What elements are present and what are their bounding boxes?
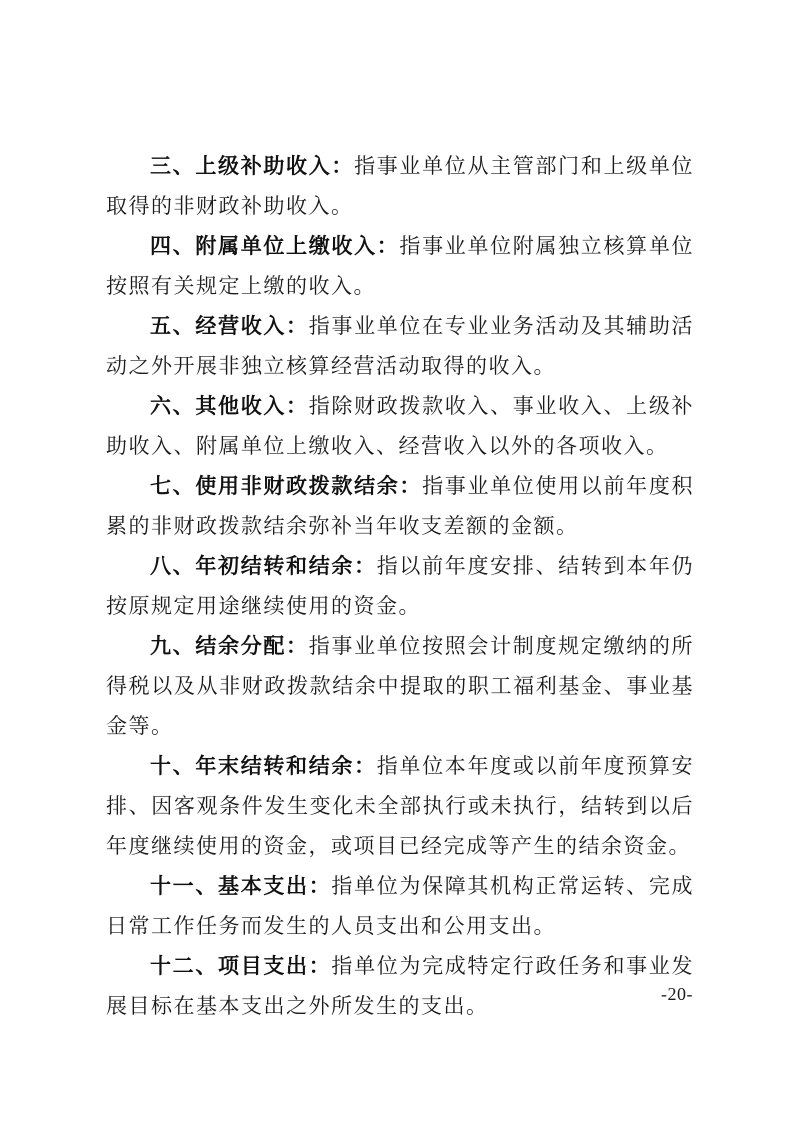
page-number: -20- xyxy=(661,982,693,1006)
definition-paragraph: 五、经营收入：指事业单位在专业业务活动及其辅助活动之外开展非独立核算经营活动取得… xyxy=(106,306,694,386)
definition-paragraph: 八、年初结转和结余：指以前年度安排、结转到本年仍按原规定用途继续使用的资金。 xyxy=(106,546,694,626)
document-body: 三、上级补助收入：指事业单位从主管部门和上级单位取得的非财政补助收入。 四、附属… xyxy=(106,146,694,1026)
definition-paragraph: 三、上级补助收入：指事业单位从主管部门和上级单位取得的非财政补助收入。 xyxy=(106,146,694,226)
term-label: 六、其他收入： xyxy=(150,394,309,418)
term-label: 四、附属单位上缴收入： xyxy=(150,234,399,258)
definition-paragraph: 十二、项目支出：指单位为完成特定行政任务和事业发展目标在基本支出之外所发生的支出… xyxy=(106,946,694,1026)
term-label: 八、年初结转和结余： xyxy=(150,554,377,578)
document-page: 三、上级补助收入：指事业单位从主管部门和上级单位取得的非财政补助收入。 四、附属… xyxy=(0,0,793,1122)
term-label: 十一、基本支出： xyxy=(150,874,331,898)
definition-paragraph: 九、结余分配：指事业单位按照会计制度规定缴纳的所得税以及从非财政拨款结余中提取的… xyxy=(106,626,694,746)
term-label: 五、经营收入： xyxy=(150,314,309,338)
term-label: 七、使用非财政拨款结余： xyxy=(150,474,422,498)
term-label: 十、年末结转和结余： xyxy=(150,754,377,778)
term-label: 三、上级补助收入： xyxy=(150,154,354,178)
term-label: 九、结余分配： xyxy=(150,634,309,658)
definition-paragraph: 十、年末结转和结余：指单位本年度或以前年度预算安排、因客观条件发生变化未全部执行… xyxy=(106,746,694,866)
term-label: 十二、项目支出： xyxy=(150,954,331,978)
definition-paragraph: 七、使用非财政拨款结余：指事业单位使用以前年度积累的非财政拨款结余弥补当年收支差… xyxy=(106,466,694,546)
definition-paragraph: 十一、基本支出：指单位为保障其机构正常运转、完成日常工作任务而发生的人员支出和公… xyxy=(106,866,694,946)
definition-paragraph: 四、附属单位上缴收入：指事业单位附属独立核算单位按照有关规定上缴的收入。 xyxy=(106,226,694,306)
definition-paragraph: 六、其他收入：指除财政拨款收入、事业收入、上级补助收入、附属单位上缴收入、经营收… xyxy=(106,386,694,466)
